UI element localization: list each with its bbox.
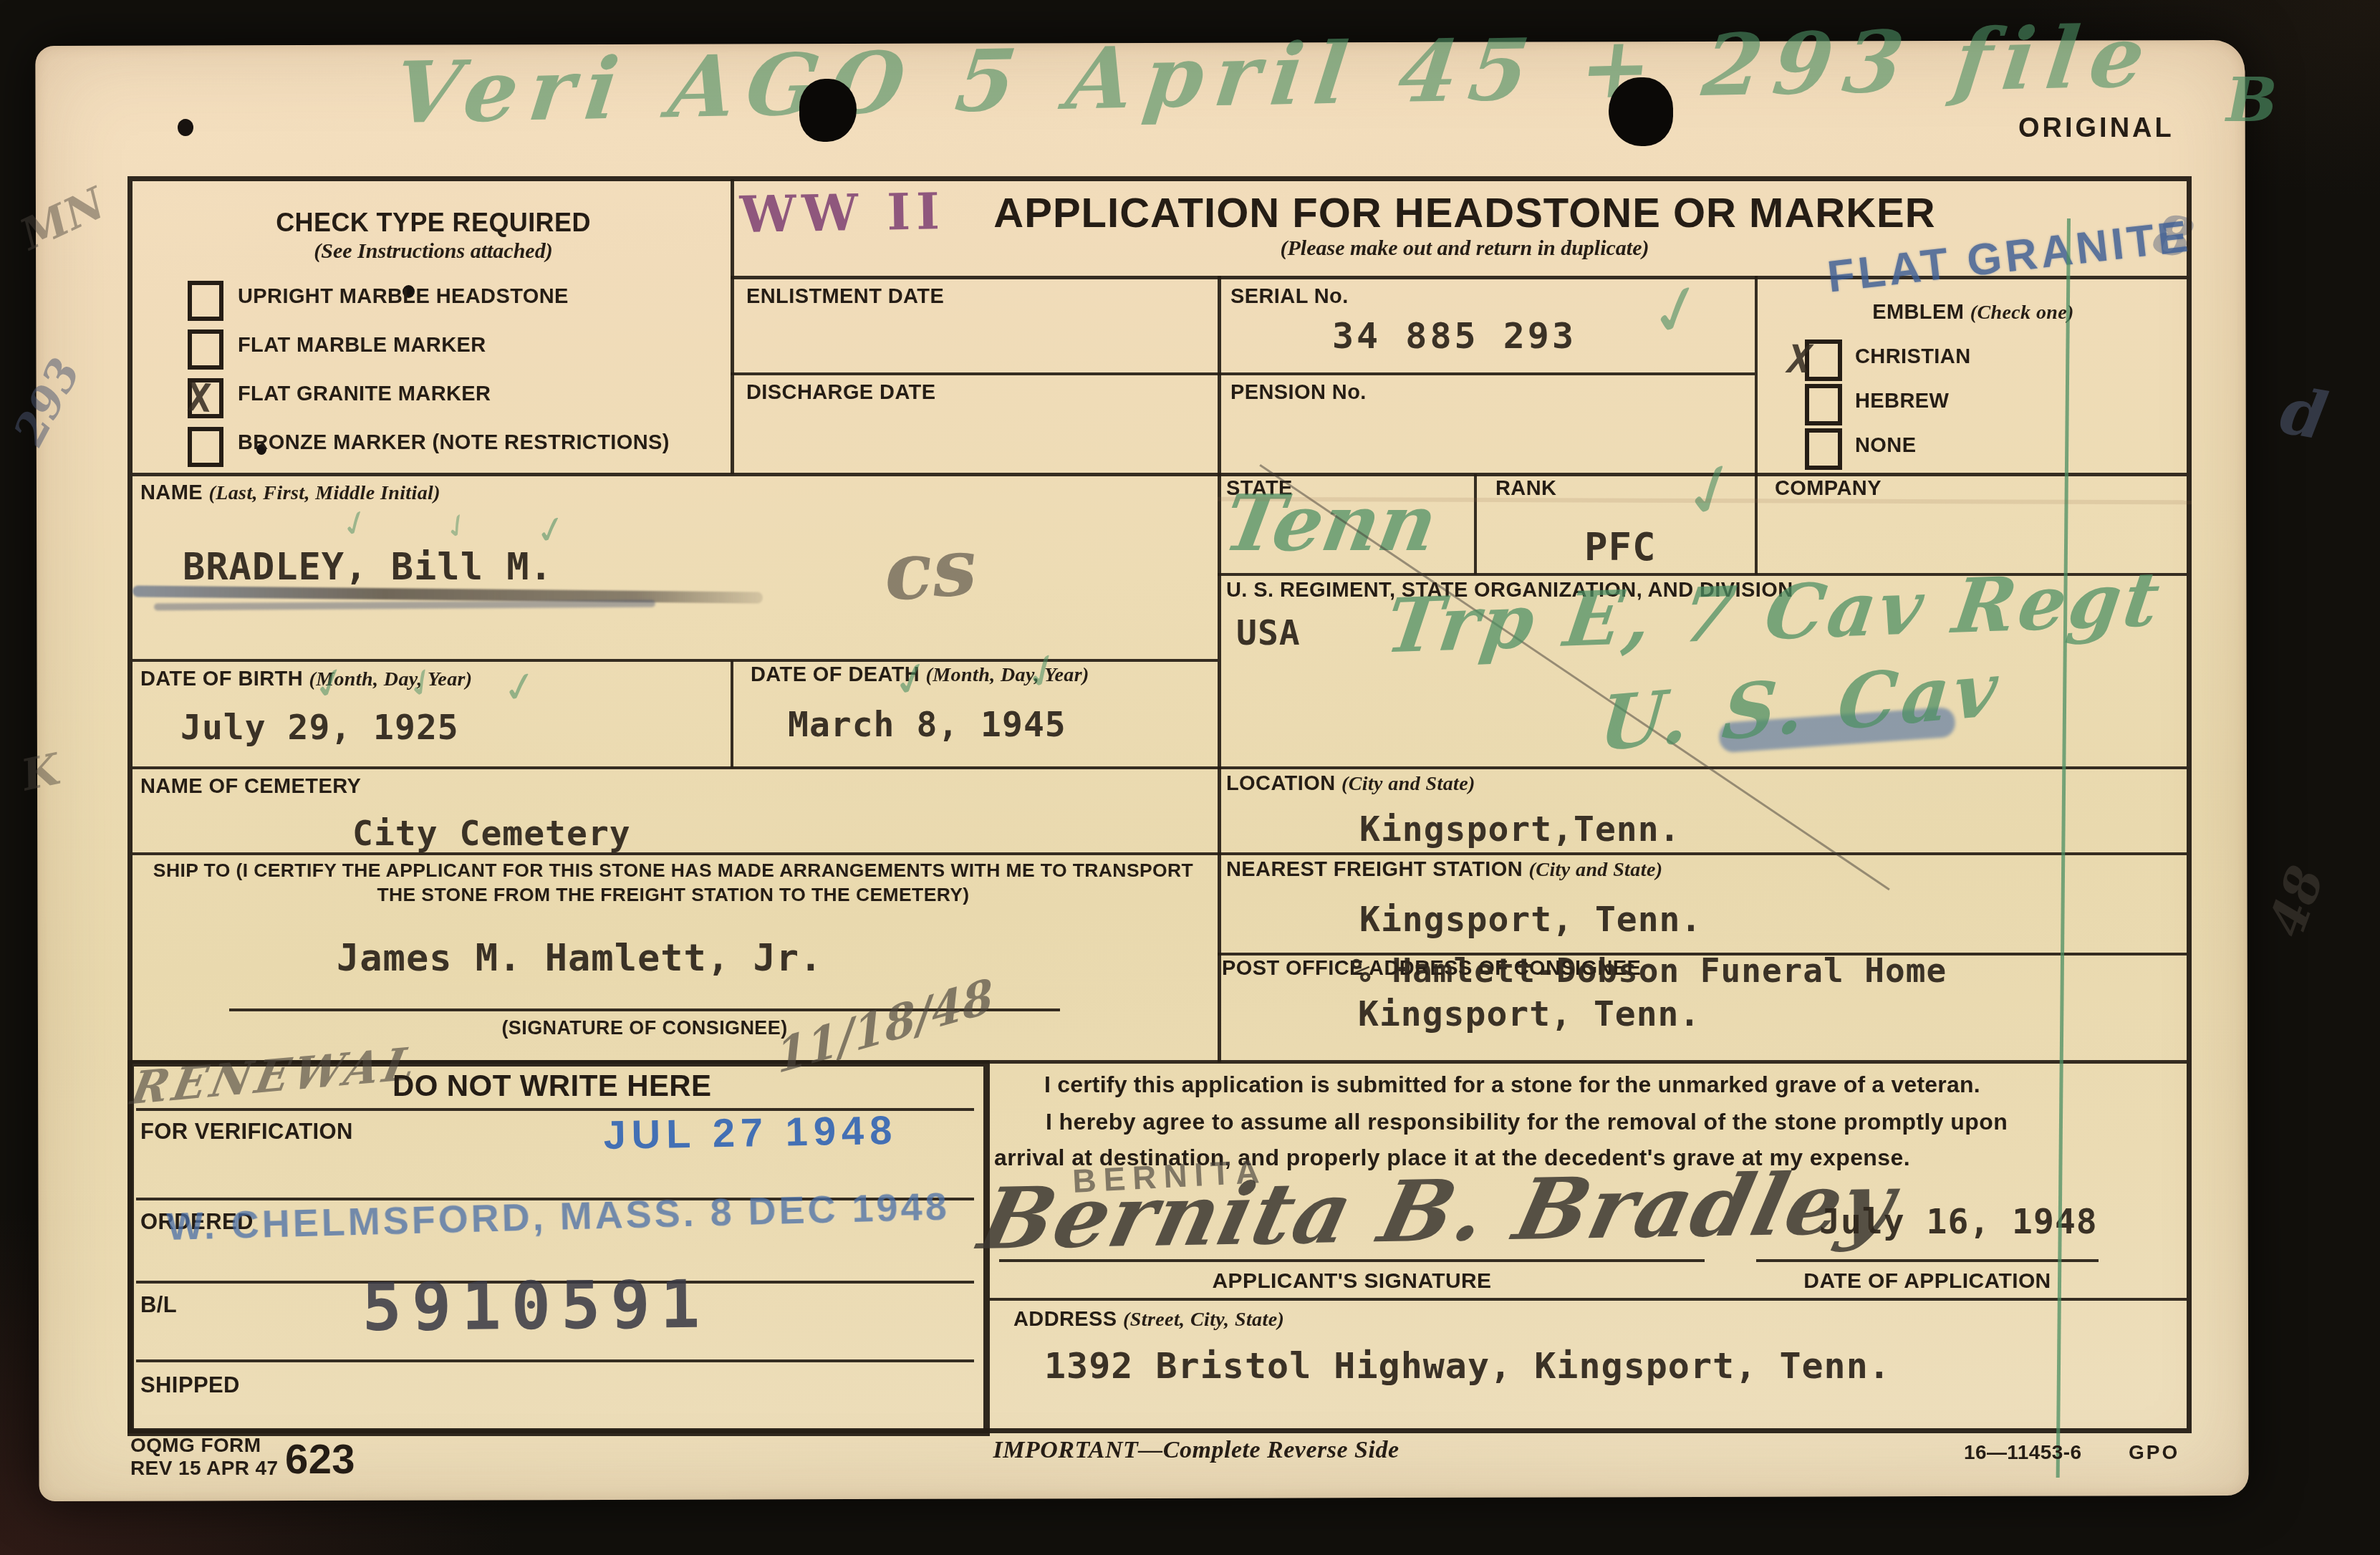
address-value: 1392 Bristol Highway, Kingsport, Tenn. <box>1044 1345 1891 1387</box>
checkbox-flat-granite: X <box>188 378 223 418</box>
margin-mark-d: d <box>2275 372 2333 455</box>
for-verification-label: FOR VERIFICATION <box>140 1119 353 1145</box>
emblem-label-christian: CHRISTIAN <box>1855 345 1971 369</box>
name-label: NAME (Last, First, Middle Initial) <box>140 481 440 505</box>
b-pencil-mark: B <box>2226 64 2278 136</box>
bl-number-stamp: 5910591 <box>362 1266 710 1346</box>
freight-station-value: Kingsport, Tenn. <box>1359 900 1702 940</box>
shipped-label: SHIPPED <box>140 1372 240 1398</box>
state-value: Tenn <box>1218 478 1444 569</box>
rank-value: PFC <box>1584 524 1657 569</box>
date-of-birth-value: July 29, 1925 <box>180 708 459 748</box>
original-label: ORIGINAL <box>2018 113 2174 144</box>
rule <box>990 1298 2187 1301</box>
verification-date-stamp: JUL 27 1948 <box>603 1107 898 1158</box>
form-title: APPLICATION FOR HEADSTONE OR MARKER <box>988 189 1941 237</box>
enlistment-date-label: ENLISTMENT DATE <box>746 285 944 309</box>
application-date-value: July 16, 1948 <box>1819 1202 2098 1242</box>
company-label: COMPANY <box>1775 477 1882 501</box>
checkbox-hebrew <box>1805 384 1842 425</box>
rule <box>731 372 1755 375</box>
rule <box>136 1359 974 1362</box>
margin-mark-48: 48 <box>2256 858 2336 944</box>
check-label-bronze: BRONZE MARKER (NOTE RESTRICTIONS) <box>238 431 670 455</box>
cemetery-label: NAME OF CEMETERY <box>140 775 361 799</box>
form-id-line2: REV 15 APR 47 <box>130 1457 278 1480</box>
po-address-line1: % Hamlett-Dobson Funeral Home <box>1351 951 1947 990</box>
rule <box>1474 474 1477 574</box>
location-label: LOCATION (City and State) <box>1226 772 1475 796</box>
check-type-subtitle: (See Instructions attached) <box>186 239 680 264</box>
form-id-line1: OQMG FORM <box>130 1434 261 1457</box>
address-label: ADDRESS (Street, City, State) <box>1013 1308 1284 1332</box>
ww2-stamp: WW II <box>739 181 945 244</box>
applicant-signature: Bernita B. Bradley <box>971 1153 1905 1268</box>
scan-backdrop: Veri AGO 5 April 45 + 293 file ORIGINAL … <box>0 0 2380 1555</box>
do-not-write-title: DO NOT WRITE HERE <box>392 1069 711 1103</box>
rule <box>133 473 2187 476</box>
form-number: 623 <box>285 1435 355 1483</box>
discharge-date-label: DISCHARGE DATE <box>746 381 935 405</box>
location-value: Kingsport,Tenn. <box>1359 809 1680 849</box>
checkbox-none <box>1805 428 1842 470</box>
cemetery-value: City Cemetery <box>352 814 631 854</box>
emblem-label: EMBLEM (Check one) <box>1762 301 2184 324</box>
rule <box>731 660 733 768</box>
check-type-title: CHECK TYPE REQUIRED <box>186 208 680 238</box>
check-label-flat-marble: FLAT MARBLE MARKER <box>238 334 486 357</box>
consignee-value: James M. Hamlett, Jr. <box>337 937 822 980</box>
applicant-signature-label: APPLICANT'S SIGNATURE <box>999 1269 1705 1294</box>
certification-para2-line1: I hereby agree to assume all responsibil… <box>1046 1109 2008 1135</box>
date-of-death-value: March 8, 1945 <box>788 705 1066 745</box>
emblem-label-none: NONE <box>1855 434 1916 458</box>
rule <box>1755 276 1758 574</box>
cs-pencil-mark: cs <box>881 520 980 619</box>
print-code: 16—11453-6 <box>1964 1441 2081 1464</box>
rule <box>1218 276 1221 1062</box>
serial-no-value: 34 885 293 <box>1332 315 1576 357</box>
gpo-label: GPO <box>2129 1441 2179 1464</box>
ship-to-label-line2: THE STONE FROM THE FREIGHT STATION TO TH… <box>143 884 1203 906</box>
punch-hole-right <box>1609 77 1673 146</box>
application-date-label: DATE OF APPLICATION <box>1756 1269 2099 1294</box>
checkbox-christian: X <box>1805 340 1842 381</box>
serial-no-label: SERIAL No. <box>1230 285 1349 309</box>
checkbox-flat-marble <box>188 329 223 370</box>
checkbox-bronze <box>188 427 223 467</box>
rule <box>133 766 2187 769</box>
ink-speck <box>178 119 193 136</box>
ship-to-label-line1: SHIP TO (I CERTIFY THE APPLICANT FOR THI… <box>143 860 1203 882</box>
form-subtitle: (Please make out and return in duplicate… <box>988 236 1941 261</box>
check-label-upright-marble: UPRIGHT MARBLE HEADSTONE <box>238 285 569 309</box>
bl-label: B/L <box>140 1292 177 1318</box>
po-address-line2: Kingsport, Tenn. <box>1358 994 1700 1034</box>
pension-no-label: PENSION No. <box>1230 381 1367 405</box>
important-note: IMPORTANT—Complete Reverse Side <box>917 1437 1475 1464</box>
date-line <box>1756 1259 2099 1262</box>
certification-para1: I certify this application is submitted … <box>1044 1072 1980 1098</box>
checkbox-upright-marble <box>188 281 223 321</box>
name-value: BRADLEY, Bill M. <box>183 546 553 589</box>
emblem-label-hebrew: HEBREW <box>1855 390 1949 413</box>
regiment-typed-value: USA <box>1236 613 1301 653</box>
signature-line <box>999 1259 1705 1262</box>
check-label-flat-granite: FLAT GRANITE MARKER <box>238 382 491 406</box>
rule <box>731 179 734 474</box>
freight-station-label: NEAREST FREIGHT STATION (City and State) <box>1226 858 1662 882</box>
